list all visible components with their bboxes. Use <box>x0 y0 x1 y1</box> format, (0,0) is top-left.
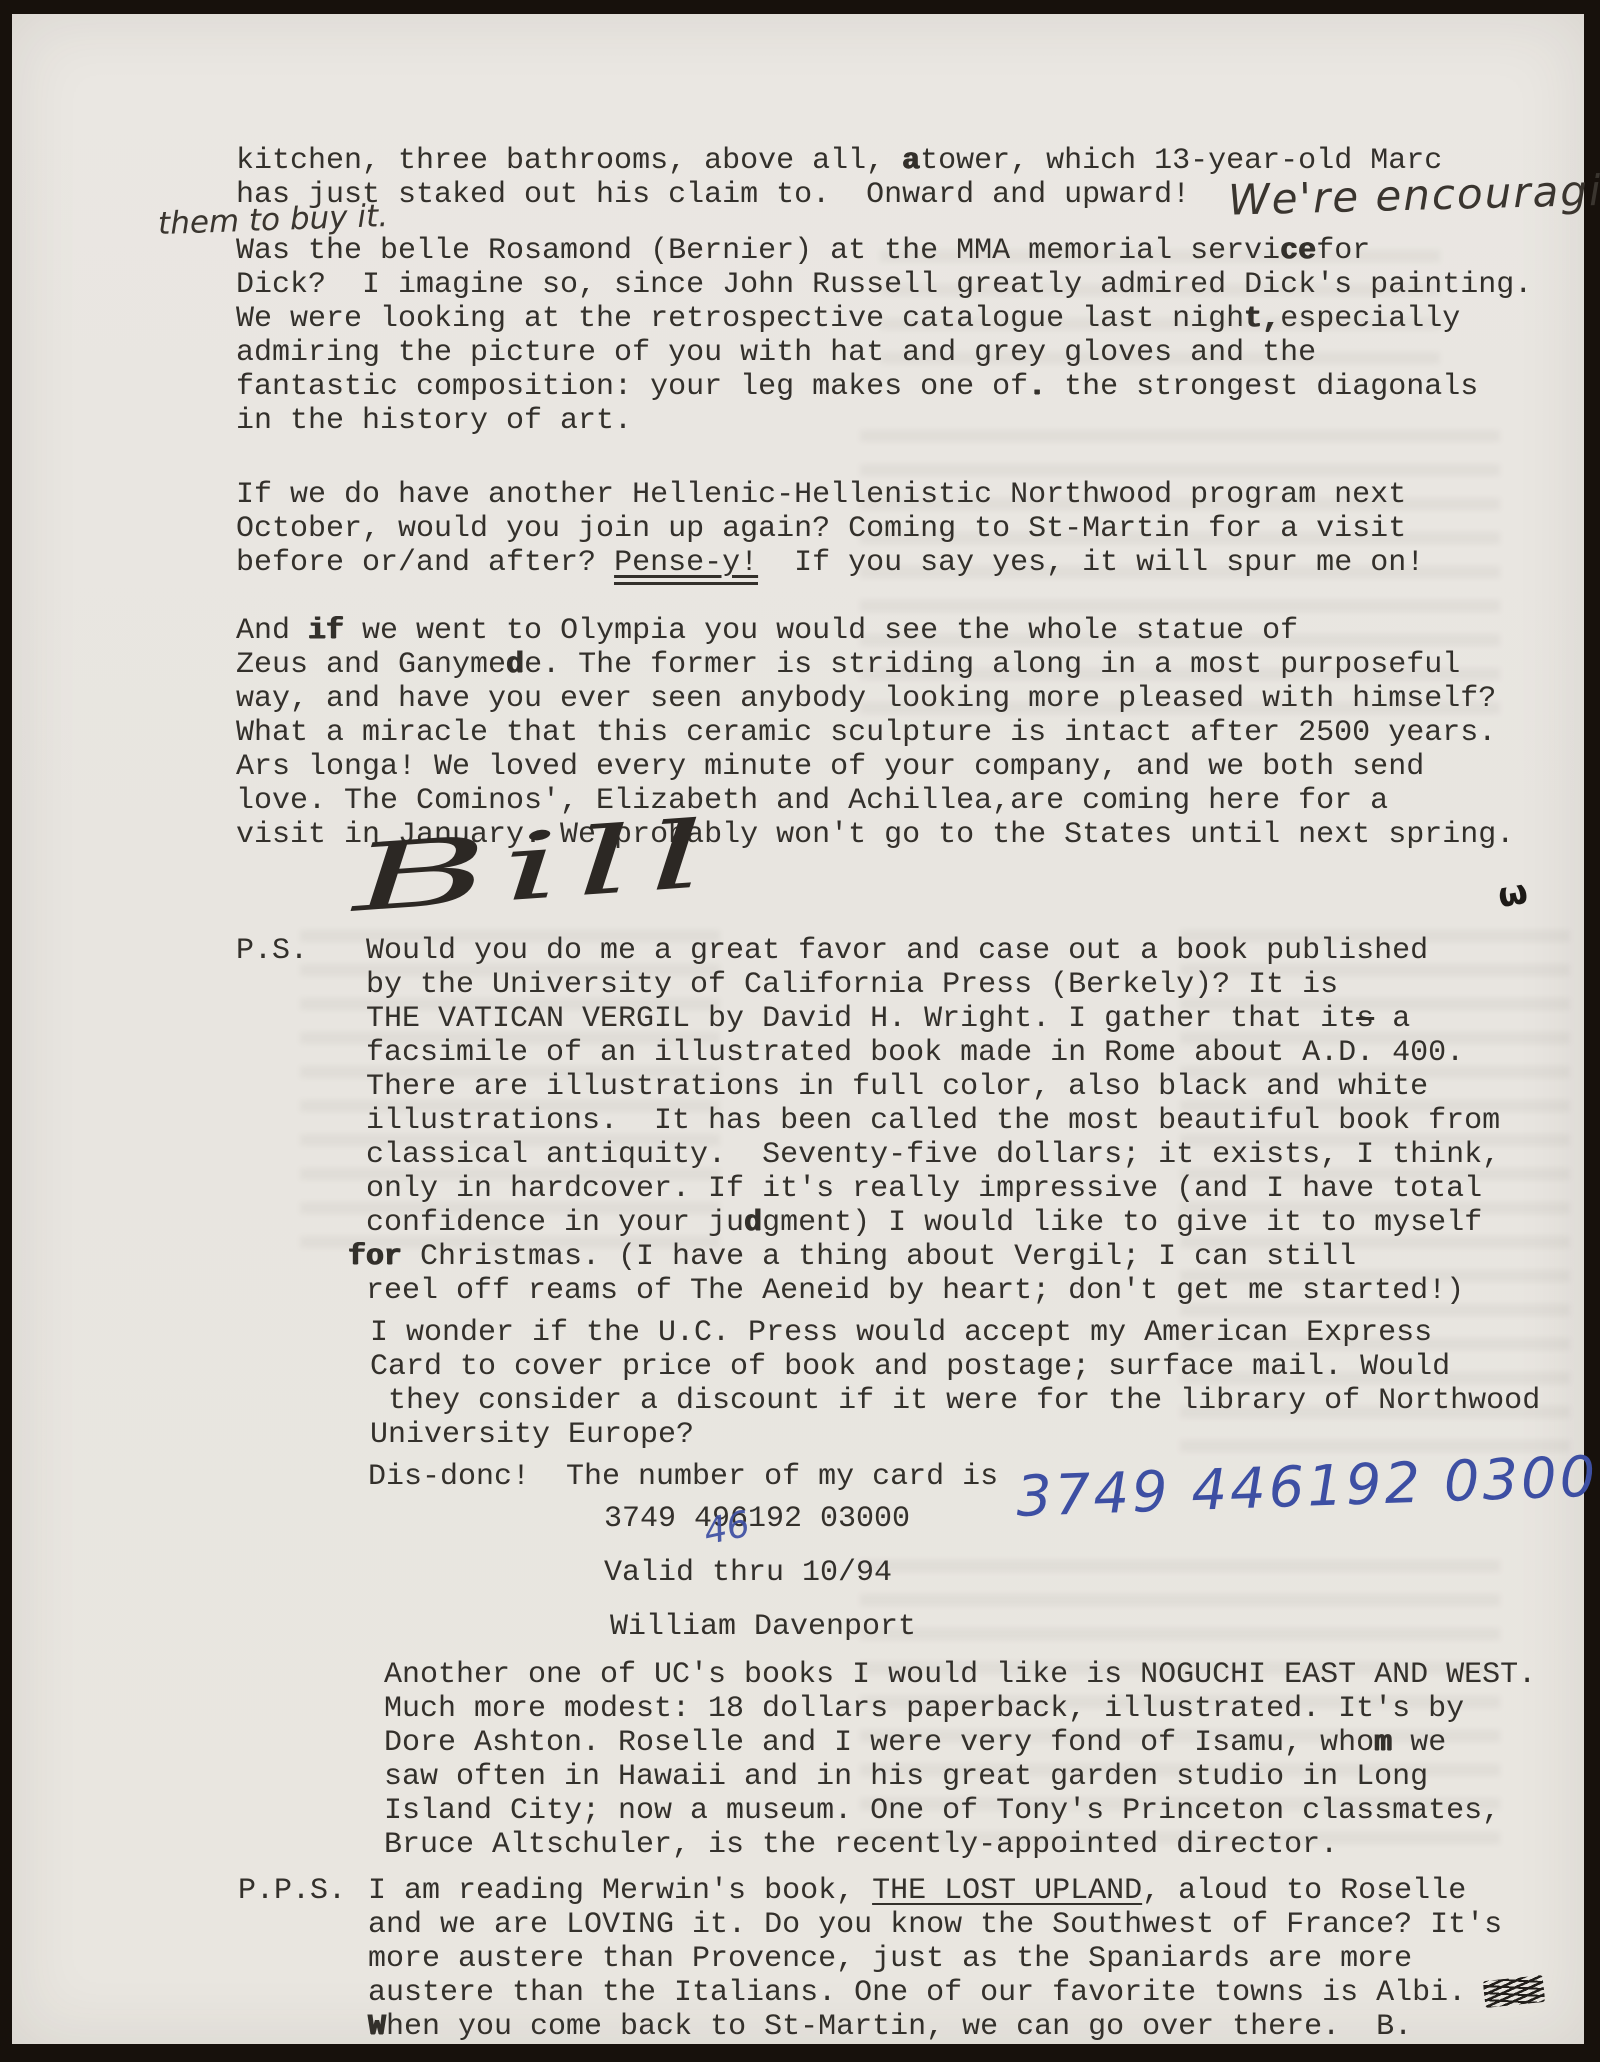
text-segment: . <box>1028 370 1046 404</box>
text-line: in the history of art. <box>236 404 1532 438</box>
text-segment: Was the belle Rosamond (Bernier) at the … <box>236 234 1280 268</box>
text-line: Card to cover price of book and postage;… <box>370 1350 1540 1384</box>
text-line: THE VATICAN VERGIL by David H. Wright. I… <box>366 1002 1500 1036</box>
text-line: Would you do me a great favor and case o… <box>366 934 1500 968</box>
text-line: We were looking at the retrospective cat… <box>236 302 1532 336</box>
text-line: I wonder if the U.C. Press would accept … <box>370 1316 1540 1350</box>
text-segment: m <box>1374 1726 1392 1760</box>
text-segment: Pense-y! <box>614 546 758 585</box>
text-line: Zeus and Ganymede. The former is stridin… <box>236 648 1496 682</box>
text-segment: e. The former is striding along in a mos… <box>524 648 1460 682</box>
text-line: facsimile of an illustrated book made in… <box>366 1036 1500 1070</box>
text-line: only in hardcover. If it's really impres… <box>366 1172 1500 1206</box>
text-line: admiring the picture of you with hat and… <box>236 336 1532 370</box>
text-segment: Christmas. (I have a thing about Vergil;… <box>402 1240 1356 1274</box>
text-segment: the strongest diagonals <box>1046 370 1478 404</box>
card-number-typed: 3749 496192 03000 <box>604 1502 910 1536</box>
text-segment: t, <box>1244 302 1280 336</box>
text-line: reel off reams of The Aeneid by heart; d… <box>348 1274 1464 1308</box>
text-segment: W <box>368 2010 386 2044</box>
signature-bill: Bill <box>348 808 722 926</box>
text-line: and we are LOVING it. Do you know the So… <box>368 1908 1544 1942</box>
signatory-name: William Davenport <box>610 1610 916 1644</box>
text-segment: Dore Ashton. Roselle and I were very fon… <box>384 1726 1374 1760</box>
text-segment: austere than the Italians. One of our fa… <box>368 1976 1484 2010</box>
paragraph-rosamond: Was the belle Rosamond (Bernier) at the … <box>236 234 1532 438</box>
text-segment: kitchen, three bathrooms, above all, <box>236 144 902 178</box>
text-segment: a <box>902 144 920 178</box>
text-line: October, would you join up again? Coming… <box>236 512 1424 546</box>
dis-donc-line: Dis-donc! The number of my card is <box>368 1460 998 1494</box>
text-segment: And <box>236 614 308 648</box>
paragraph-ps-continued: for Christmas. (I have a thing about Ver… <box>348 1240 1464 1308</box>
text-line: If we do have another Hellenic-Hellenist… <box>236 478 1424 512</box>
text-segment: for <box>1316 234 1370 268</box>
text-segment: if <box>308 614 344 648</box>
text-segment: , aloud to Roselle <box>1142 1874 1466 1908</box>
text-line: Dore Ashton. Roselle and I were very fon… <box>384 1726 1536 1760</box>
text-segment: before or/and after? <box>236 546 614 580</box>
ink-scribble-crossout <box>1483 1975 1545 2008</box>
text-line: Ars longa! We loved every minute of your… <box>236 750 1514 784</box>
text-segment: gment) I would like to give it to myself <box>762 1206 1482 1240</box>
text-segment: s <box>1356 1002 1374 1036</box>
text-segment: THE LOST UPLAND <box>872 1874 1142 1908</box>
text-line: And if we went to Olympia you would see … <box>236 614 1496 648</box>
text-line: for Christmas. (I have a thing about Ver… <box>348 1240 1464 1274</box>
text-line: fantastic composition: your leg makes on… <box>236 370 1532 404</box>
paragraph-olympia: And if we went to Olympia you would see … <box>236 614 1496 750</box>
paragraph-hellenic: If we do have another Hellenic-Hellenist… <box>236 478 1424 580</box>
paragraph-ps-body: Would you do me a great favor and case o… <box>366 934 1500 1240</box>
text-segment: a <box>1374 1002 1410 1036</box>
text-segment: especially <box>1280 302 1460 336</box>
text-line: What a miracle that this ceramic sculptu… <box>236 716 1496 750</box>
text-line: There are illustrations in full color, a… <box>366 1070 1500 1104</box>
text-line: Was the belle Rosamond (Bernier) at the … <box>236 234 1532 268</box>
text-line: love. The Cominos', Elizabeth and Achill… <box>236 784 1514 818</box>
text-line: austere than the Italians. One of our fa… <box>368 1976 1544 2010</box>
text-line: Much more modest: 18 dollars paperback, … <box>384 1692 1536 1726</box>
text-line: saw often in Hawaii and in his great gar… <box>384 1760 1536 1794</box>
text-segment: d <box>744 1206 762 1240</box>
text-segment: hen you come back to St-Martin, we can g… <box>386 2010 1412 2044</box>
text-line: kitchen, three bathrooms, above all, ato… <box>236 144 1442 178</box>
text-line: Dick? I imagine so, since John Russell g… <box>236 268 1532 302</box>
paragraph-noguchi: Another one of UC's books I would like i… <box>384 1658 1536 1862</box>
text-line: Bruce Altschuler, is the recently-appoin… <box>384 1828 1536 1862</box>
text-segment: fantastic composition: your leg makes on… <box>236 370 1028 404</box>
text-line: more austere than Provence, just as the … <box>368 1942 1544 1976</box>
text-line: before or/and after? Pense-y! If you say… <box>236 546 1424 580</box>
text-line: illustrations. It has been called the mo… <box>366 1104 1500 1138</box>
text-segment: d <box>506 648 524 682</box>
paragraph-wonder: I wonder if the U.C. Press would accept … <box>370 1316 1540 1452</box>
text-line: they consider a discount if it were for … <box>370 1384 1540 1418</box>
text-segment: ce <box>1280 234 1316 268</box>
text-segment: THE VATICAN VERGIL by David H. Wright. I… <box>366 1002 1356 1036</box>
text-segment: I am reading Merwin's book, <box>368 1874 872 1908</box>
pps-label: P.P.S. <box>238 1874 346 1908</box>
text-segment: confidence in your ju <box>366 1206 744 1240</box>
text-line: Island City; now a museum. One of Tony's… <box>384 1794 1536 1828</box>
text-segment: for <box>348 1240 402 1274</box>
paragraph-pps-body: I am reading Merwin's book, THE LOST UPL… <box>368 1874 1544 2044</box>
text-segment: we went to Olympia you would see the who… <box>344 614 1298 648</box>
text-line: Another one of UC's books I would like i… <box>384 1658 1536 1692</box>
text-segment: We were looking at the retrospective cat… <box>236 302 1244 336</box>
text-line: confidence in your judgment) I would lik… <box>366 1206 1500 1240</box>
text-line: I am reading Merwin's book, THE LOST UPL… <box>368 1874 1544 1908</box>
text-segment: If you say yes, it will spur me on! <box>758 546 1424 580</box>
text-line: University Europe? <box>370 1418 1540 1452</box>
text-line: way, and have you ever seen anybody look… <box>236 682 1496 716</box>
ps-label: P.S. <box>236 934 308 968</box>
valid-thru-line: Valid thru 10/94 <box>604 1556 892 1590</box>
text-line: When you come back to St-Martin, we can … <box>368 2010 1544 2044</box>
handwriting-top-right: We're encouraging <box>1227 164 1600 224</box>
text-line: classical antiquity. Seventy-five dollar… <box>366 1138 1500 1172</box>
text-line: by the University of California Press (B… <box>366 968 1500 1002</box>
text-segment: we <box>1392 1726 1446 1760</box>
text-segment: Zeus and Ganyme <box>236 648 506 682</box>
scanned-letter-page: kitchen, three bathrooms, above all, ato… <box>0 0 1600 2062</box>
